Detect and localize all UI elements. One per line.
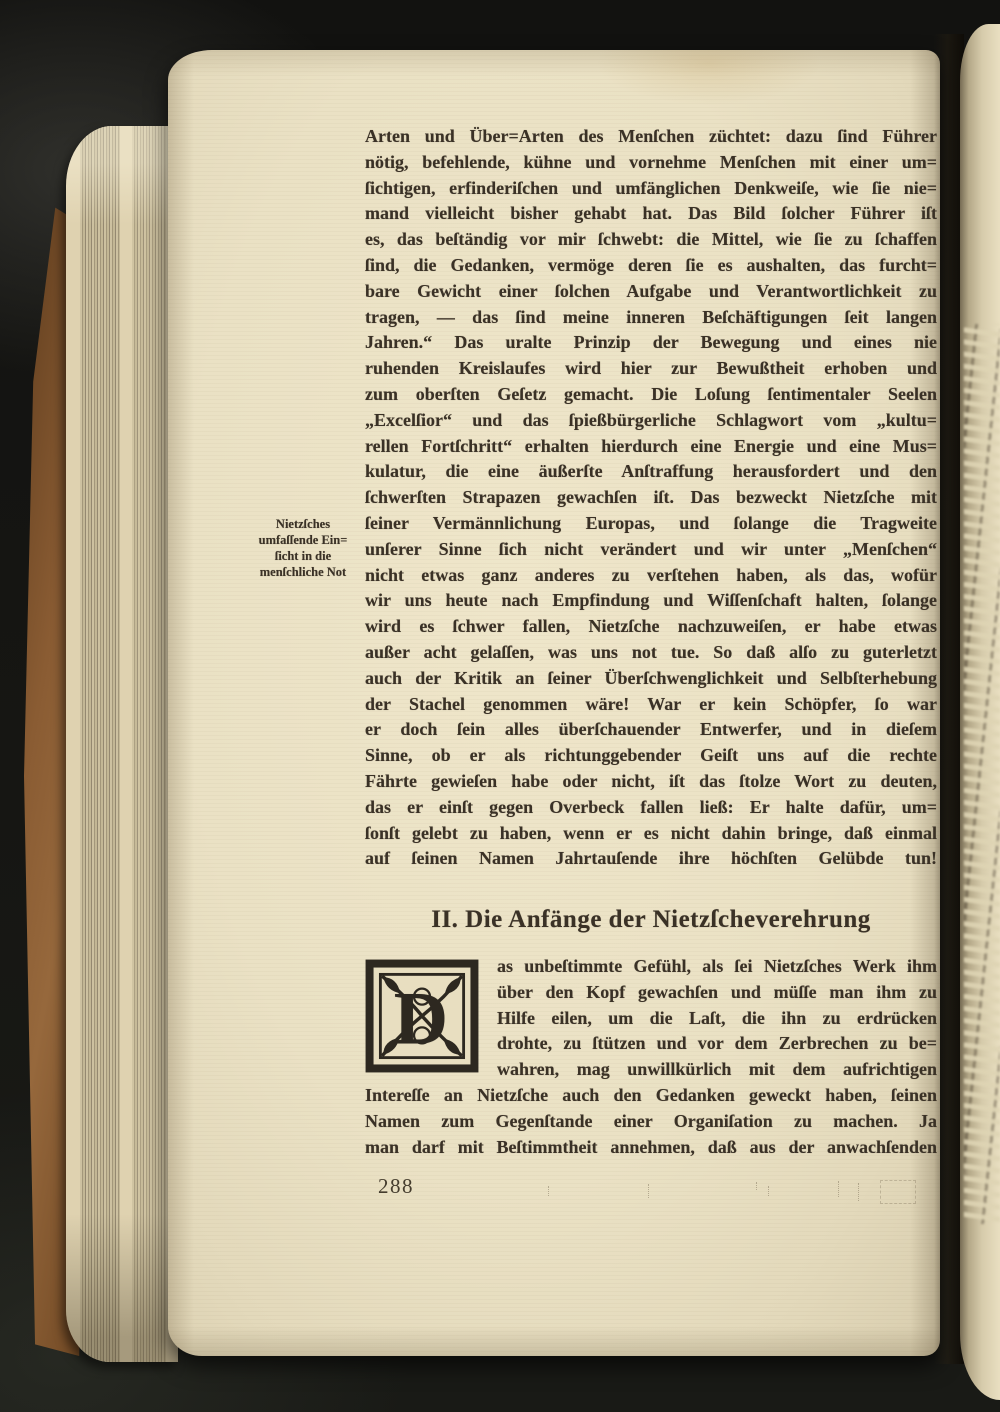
body-paragraph-1: Arten und Über=Arten des Menſchen züchte…	[365, 124, 937, 872]
text-line: kulatur, die eine äußerſte Anſtraffung h…	[365, 459, 937, 485]
text-line: ſchwerſten Strapazen gewachſen iſt. Das …	[365, 485, 937, 511]
book-page: Nietzſches umfaſſende Ein= ſicht in die …	[168, 50, 940, 1356]
margin-note-line: umfaſſende Ein=	[244, 532, 362, 548]
margin-note: Nietzſches umfaſſende Ein= ſicht in die …	[244, 516, 362, 580]
text-line: Namen zum Gegenſtande einer Organiſation…	[365, 1109, 937, 1135]
text-line: tragen, — das ſind meine inneren Beſchäf…	[365, 305, 937, 331]
text-line: Arten und Über=Arten des Menſchen züchte…	[365, 124, 937, 150]
text-line: ſeiner Vermännlichung Europas, und ſolan…	[365, 511, 937, 537]
text-line: Jahren.“ Das uralte Prinzip der Bewegung…	[365, 330, 937, 356]
text-line: auf ſeinen Namen Jahrtauſende ihre höchſ…	[365, 846, 937, 872]
text-line: „Excelſior“ und das ſpießbürgerliche Sch…	[365, 408, 937, 434]
text-line: ſind, die Gedanken, vermöge deren ſie es…	[365, 253, 937, 279]
margin-note-line: Nietzſches	[244, 516, 362, 532]
text-line: wir uns heute nach Empfindung und Wiſſen…	[365, 588, 937, 614]
pencil-tick	[548, 1186, 551, 1196]
text-line: auch der Kritik an ſeiner Überſchwenglic…	[365, 666, 937, 692]
drop-cap-letter: D	[394, 977, 448, 1060]
text-line: es, das beſtändig vor mir ſchwebt: die M…	[365, 227, 937, 253]
text-line: Intereſſe an Nietzſche auch den Gedanken…	[365, 1083, 937, 1109]
text-line: mand vielleicht bisher gehabt hat. Das B…	[365, 201, 937, 227]
pencil-marks	[528, 1178, 918, 1208]
pencil-tick	[768, 1186, 771, 1196]
text-line: zum oberſten Geſetz gemacht. Die Loſung …	[365, 382, 937, 408]
drop-cap-initial: D	[365, 959, 479, 1073]
text-line: wird es ſchwer fallen, Nietzſche nachzuw…	[365, 614, 937, 640]
text-line: bare Gewicht einer ſolchen Aufgabe und V…	[365, 279, 937, 305]
page-number: 288	[378, 1174, 414, 1199]
text-line: der Stachel genommen wäre! War er kein S…	[365, 692, 937, 718]
text-line: Sinne, ob er als richtunggebender Geiſt …	[365, 743, 937, 769]
page-fore-edge-stack	[66, 126, 178, 1362]
text-line: nötig, befehlende, kühne und vornehme Me…	[365, 150, 937, 176]
text-line: das er einſt gegen Overbeck fallen ließ:…	[365, 795, 937, 821]
facing-page-edge	[960, 24, 1000, 1400]
text-line: rellen Fortſchritt“ erhalten hierdurch e…	[365, 434, 937, 460]
body-paragraph-2: D as unbeſtimmte Gefühl, als ſei Nietzſc…	[365, 954, 937, 1160]
pencil-tick	[838, 1181, 841, 1197]
margin-note-line: ſicht in die	[244, 548, 362, 564]
page-edge-striations	[80, 126, 120, 1362]
text-line: nicht etwas ganz anderes zu verſtehen ha…	[365, 563, 937, 589]
page-edge-striations	[132, 126, 166, 1362]
text-line: er doch ſein alles überſchauender Entwer…	[365, 717, 937, 743]
text-line: ruhenden Kreislaufes wird hier zur Bewuß…	[365, 356, 937, 382]
section-heading: II. Die Anfänge der Nietzſcheverehrung	[365, 906, 937, 940]
text-line: man darf mit Beſtimmtheit annehmen, daß …	[365, 1135, 937, 1161]
text-line: ſonſt gelebt zu haben, wenn er es nicht …	[365, 821, 937, 847]
text-line: Fährte gewieſen habe oder nicht, iſt das…	[365, 769, 937, 795]
text-line: außer acht gelaſſen, was uns not tue. So…	[365, 640, 937, 666]
pencil-tick	[648, 1184, 651, 1198]
facing-page-text-blur	[964, 324, 1000, 1224]
pencil-tick	[756, 1182, 759, 1190]
book-photo: Nietzſches umfaſſende Ein= ſicht in die …	[0, 0, 1000, 1412]
pencil-square-mark	[880, 1180, 916, 1204]
text-line: ſichtigen, erfinderiſchen und umfänglich…	[365, 176, 937, 202]
margin-note-line: menſchliche Not	[244, 564, 362, 580]
pencil-tick	[858, 1183, 861, 1201]
text-line: unſerer Sinne ſich nicht verändert und w…	[365, 537, 937, 563]
